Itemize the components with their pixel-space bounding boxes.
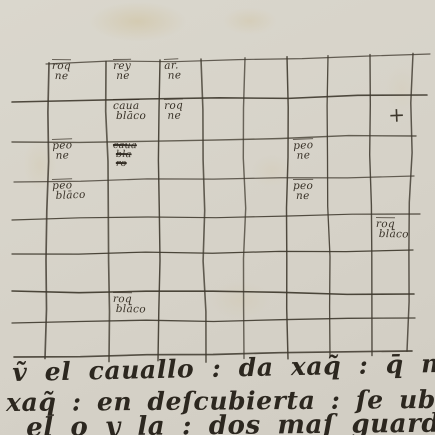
manuscript-page: roqnereynear.necauablācoroqne+peonecauab… [0, 0, 435, 435]
piece-label: roqne [52, 61, 107, 82]
piece-label: ar.ne [164, 59, 203, 81]
piece-label: peone [293, 139, 329, 161]
piece-text-line: ne [52, 149, 107, 161]
piece-label: cauablaro [112, 141, 158, 168]
piece-label: roqblāco [112, 294, 158, 315]
piece-label: peone [52, 139, 107, 161]
piece-label: roqne [164, 99, 203, 120]
piece-label: peoblāco [52, 179, 107, 201]
piece-text-line: blāco [112, 304, 158, 315]
caption-line-3: el o y la : dos maſ guarda : G [26, 408, 435, 435]
piece-label: peone [293, 181, 329, 201]
piece-text-line: ne [293, 191, 329, 201]
piece-text-line: ro [112, 159, 158, 168]
piece-text-line: ne [164, 109, 203, 120]
piece-text-line: ne [52, 71, 107, 82]
piece-text-line: + [388, 108, 421, 119]
piece-label: reyne [113, 60, 159, 81]
piece-text-line: blāco [113, 110, 159, 120]
piece-label: cauablāco [113, 100, 159, 120]
piece-text-line: blāco [376, 229, 409, 239]
plus-mark: + [388, 108, 421, 119]
piece-text-line: blāco [52, 189, 107, 201]
piece-text-line: ne [113, 70, 159, 81]
piece-label: roqblāco [376, 219, 409, 239]
piece-text-line: ne [164, 69, 203, 81]
